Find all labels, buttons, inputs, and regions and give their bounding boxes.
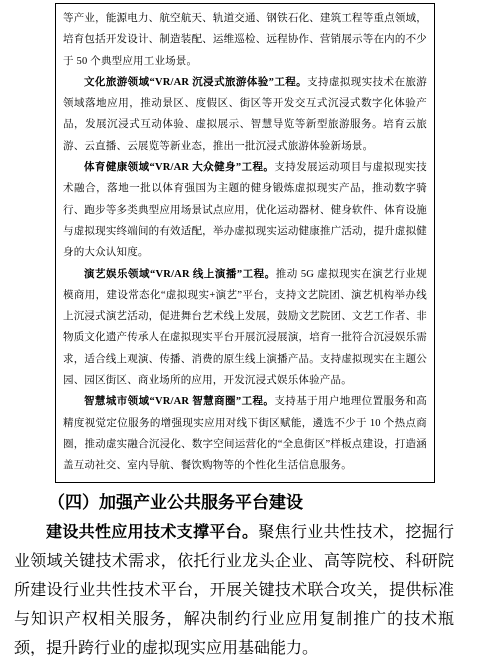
box-paragraph-body: 支持发展运动项目与虚拟现实技术融合，落地一批以体育强国为主题的健身锻炼虚拟现实产… [63, 162, 427, 258]
document-page: 等产业，能源电力、航空航天、轨道交通、钢铁石化、建筑工程等重点领域，培育包括开发… [0, 0, 488, 656]
box-paragraph-body: 等产业，能源电力、航空航天、轨道交通、钢铁石化、建筑工程等重点领域，培育包括开发… [63, 13, 427, 67]
paragraph-lead: 体育健康领域“VR/AR 大众健身”工程。 [84, 162, 274, 173]
box-paragraph-body: 支持虚拟现实技术在旅游领域落地应用，推动景区、度假区、街区等开发交互式沉浸式数字… [63, 77, 427, 152]
column-box: 等产业，能源电力、航空航天、轨道交通、钢铁石化、建筑工程等重点领域，培育包括开发… [55, 3, 435, 483]
paragraph-lead: 建设共性应用技术支撑平台。 [46, 524, 258, 541]
box-paragraph-body: 推动 5G 虚拟现实在演艺行业规模商用，建设常态化“虚拟现实+演艺”平台，支持文… [63, 269, 427, 386]
section-paragraph-body: 聚焦行业共性技术，挖掘行业领域关键技术需求，依托行业龙头企业、高等院校、科研院所… [14, 524, 454, 656]
section-paragraph: 建设共性应用技术支撑平台。聚焦行业共性技术，挖掘行业领域关键技术需求，依托行业龙… [14, 518, 454, 656]
box-paragraph-culture-tourism: 文化旅游领域“VR/AR 沉浸式旅游体验”工程。支持虚拟现实技术在旅游领域落地应… [63, 72, 427, 157]
body-section: （四）加强产业公共服务平台建设 建设共性应用技术支撑平台。聚焦行业共性技术，挖掘… [14, 487, 454, 656]
box-paragraph-industry-continued: 等产业，能源电力、航空航天、轨道交通、钢铁石化、建筑工程等重点领域，培育包括开发… [63, 8, 427, 72]
paragraph-lead: 演艺娱乐领域“VR/AR 线上演播”工程。 [84, 269, 276, 280]
box-paragraph-sports-health: 体育健康领域“VR/AR 大众健身”工程。支持发展运动项目与虚拟现实技术融合，落… [63, 157, 427, 263]
paragraph-lead: 文化旅游领域“VR/AR 沉浸式旅游体验”工程。 [84, 77, 307, 88]
box-paragraph-smart-city: 智慧城市领域“VR/AR 智慧商圈”工程。支持基于用户地理位置服务和高精度视觉定… [63, 391, 427, 476]
box-paragraph-performing-arts: 演艺娱乐领域“VR/AR 线上演播”工程。推动 5G 虚拟现实在演艺行业规模商用… [63, 264, 427, 392]
section-heading: （四）加强产业公共服务平台建设 [14, 487, 454, 518]
paragraph-lead: 智慧城市领域“VR/AR 智慧商圈”工程。 [84, 396, 274, 407]
box-paragraph-body: 支持基于用户地理位置服务和高精度视觉定位服务的增强现实应用对线下街区赋能，遴选不… [63, 396, 427, 471]
